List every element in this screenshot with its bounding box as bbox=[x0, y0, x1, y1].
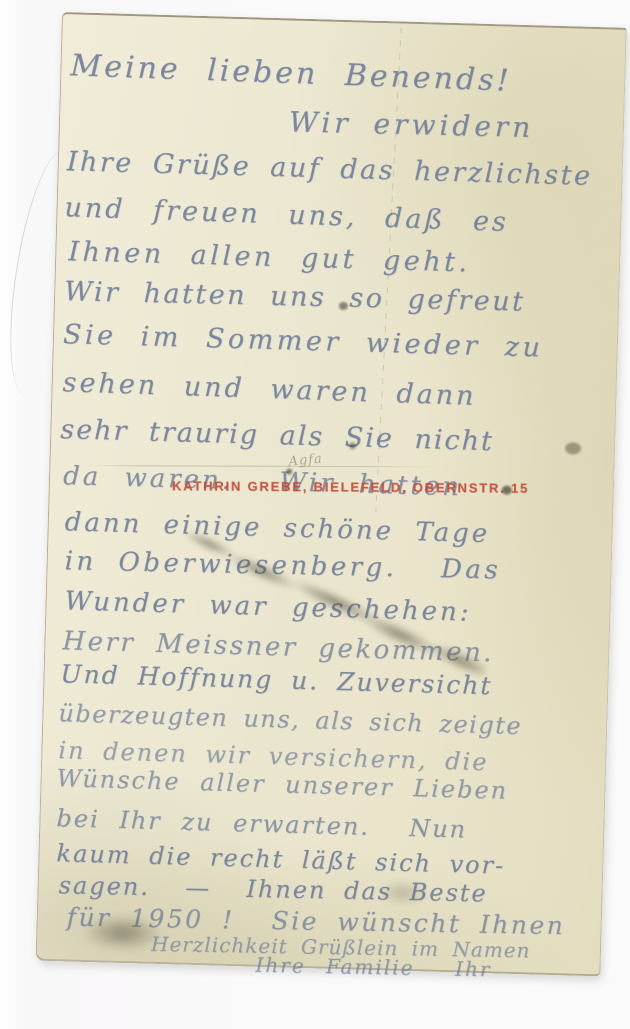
handwriting-line: dann einige schöne Tage bbox=[64, 507, 490, 549]
handwriting-line: Wir erwidern bbox=[289, 105, 535, 144]
sender-address-stamp: KATHRIN GREBE, BIELEFELD, OBERNSTR. 15 bbox=[172, 478, 602, 496]
handwriting-line: Sie im Sommer wieder zu bbox=[63, 319, 544, 363]
handwriting-line: überzeugten uns, als sich zeigte bbox=[58, 699, 522, 740]
handwriting-line: Ihre Familie Ihr bbox=[255, 953, 491, 982]
handwriting-line: sehr traurig als Sie nicht bbox=[60, 414, 494, 457]
scanned-postcard-image: Agfa Meine lieben Benends! Wir erwidern … bbox=[0, 0, 630, 1029]
stain-blob bbox=[366, 875, 439, 911]
stain-blob bbox=[65, 907, 181, 958]
ink-speck bbox=[565, 442, 581, 454]
postcard-back: Agfa Meine lieben Benends! Wir erwidern … bbox=[36, 12, 627, 976]
handwriting-line: und freuen uns, daß es bbox=[64, 192, 509, 238]
handwriting-line: Ihre Grüße auf das herzlichste bbox=[66, 146, 593, 192]
handwriting-line: bei Ihr zu erwarten. Nun bbox=[56, 804, 467, 843]
handwriting-line: Wir hatten uns so gefreut bbox=[64, 276, 526, 317]
handwriting-line: Ihnen allen gut geht. bbox=[68, 236, 471, 278]
handwriting-line: Meine lieben Benends! bbox=[70, 48, 512, 98]
handwriting-line: sehen und waren dann bbox=[62, 367, 477, 412]
